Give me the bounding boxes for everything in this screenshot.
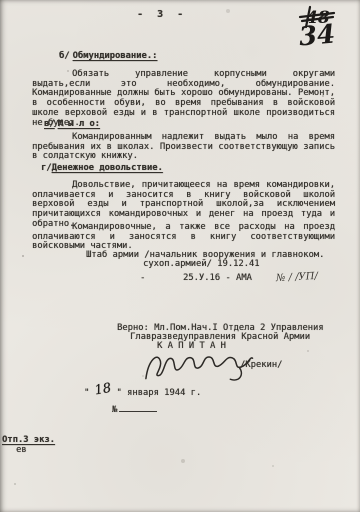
- date-line: " 18 " января 1944 г.: [84, 387, 201, 399]
- handwritten-day: 18: [94, 384, 112, 396]
- number-blank-line: [119, 403, 157, 412]
- section-heading-uniforms: б/Обмундирование.:: [59, 52, 157, 62]
- section-heading-soap: в/М ы л о:: [44, 120, 100, 130]
- section-label: в/: [44, 119, 55, 129]
- number-label: №: [112, 405, 117, 415]
- scanned-document-page: - 3 - 48 34 б/Обмундирование.: Обязать у…: [0, 0, 360, 512]
- reference-stamp-number: 25.У.16 - АМА: [183, 274, 252, 284]
- reference-dash: -: [140, 274, 145, 284]
- signature-stroke: [144, 349, 253, 379]
- section-heading-allowance: г/Денежное довольствие.: [41, 164, 163, 174]
- signature-name-typed: /Крекин/: [240, 361, 282, 371]
- section-title: Денежное довольствие.: [52, 163, 163, 173]
- document-number-line: №: [112, 403, 157, 416]
- date-open-quote: ": [84, 388, 89, 398]
- date-rest: " января 1944 г.: [116, 388, 201, 398]
- section-title: Обмундирование.:: [73, 51, 158, 61]
- section-title: М ы л о:: [58, 119, 100, 129]
- page-number: - 3 -: [137, 10, 187, 20]
- section-label: г/: [41, 163, 52, 173]
- source-reference-line-2: сухоп.армией/ 19.12.41: [143, 260, 260, 270]
- handwritten-page-number: 34: [298, 19, 337, 52]
- copies-note: Отп.3 экз.: [2, 436, 55, 446]
- handwritten-reference-marks: № / /УП/: [276, 271, 318, 284]
- section-label: б/: [59, 51, 70, 61]
- paragraph-soap: Командированным надлежит выдать мыло на …: [32, 133, 335, 162]
- typist-initials: ев: [16, 446, 27, 456]
- paragraph-allowance-2: Командировочные, а также все расходы на …: [32, 223, 335, 252]
